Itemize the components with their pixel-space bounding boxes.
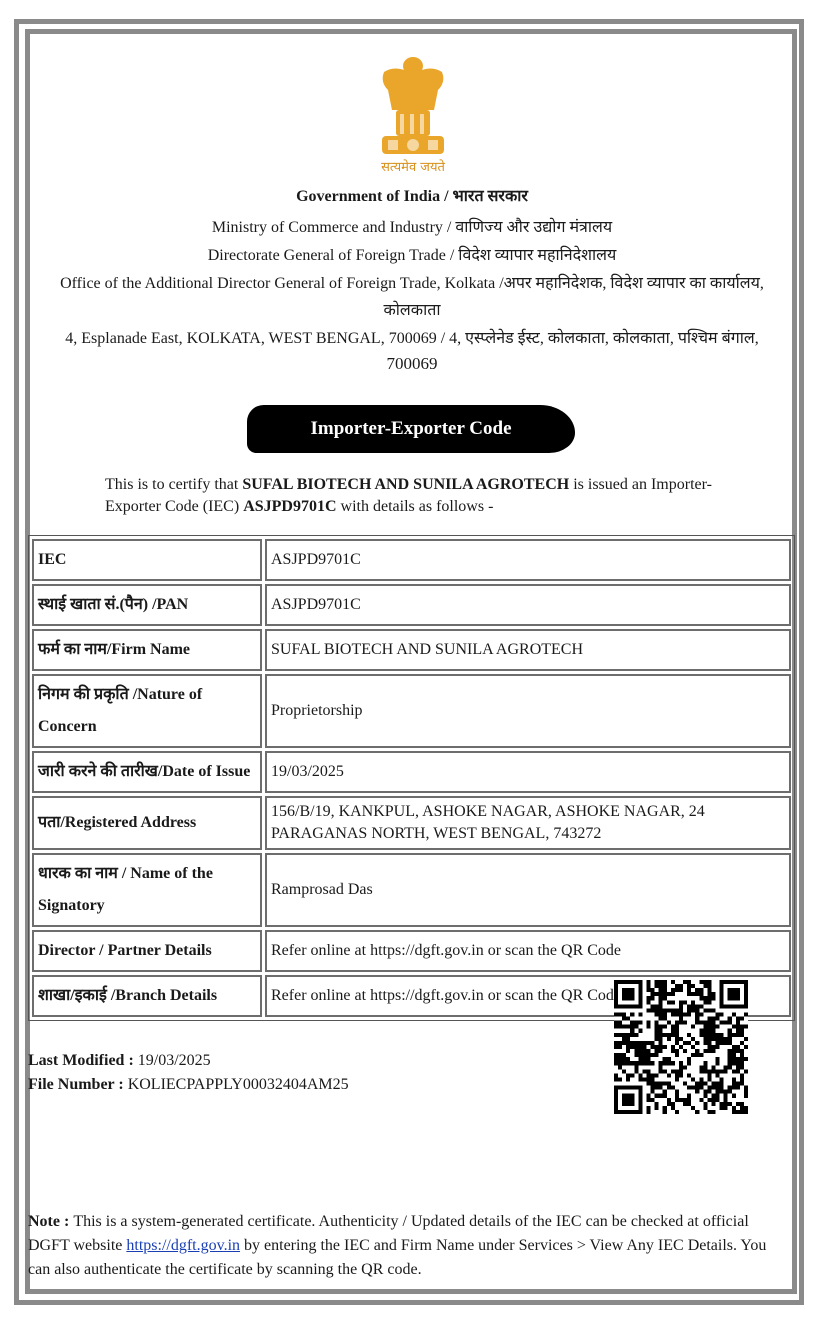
field-value: 156/B/19, KANKPUL, ASHOKE NAGAR, ASHOKE …: [265, 796, 791, 850]
field-label: स्थाई खाता सं.(पैन) /PAN: [32, 584, 262, 626]
last-modified: Last Modified : 19/03/2025: [28, 1049, 349, 1073]
field-value: SUFAL BIOTECH AND SUNILA AGROTECH: [265, 629, 791, 671]
field-label: धारक का नाम / Name of the Signatory: [32, 853, 262, 927]
file-number: File Number : KOLIECPAPPLY00032404AM25: [28, 1073, 349, 1097]
field-value: Refer online at https://dgft.gov.in or s…: [265, 930, 791, 972]
cert-prefix: This is to certify that: [105, 476, 242, 493]
table-row: स्थाई खाता सं.(पैन) /PANASJPD9701C: [32, 584, 791, 626]
details-table: IECASJPD9701Cस्थाई खाता सं.(पैन) /PANASJ…: [28, 535, 795, 1021]
cert-suffix: with details as follows -: [337, 498, 494, 515]
last-modified-value: 19/03/2025: [138, 1052, 211, 1069]
table-row: पता/Registered Address156/B/19, KANKPUL,…: [32, 796, 791, 850]
field-label: Director / Partner Details: [32, 930, 262, 972]
table-row: जारी करने की तारीख/Date of Issue19/03/20…: [32, 751, 791, 793]
note: Note : This is a system-generated certif…: [28, 1210, 783, 1282]
document-type-badge: Importer-Exporter Code: [247, 405, 575, 453]
record-meta: Last Modified : 19/03/2025 File Number :…: [28, 1049, 349, 1097]
field-value: Ramprosad Das: [265, 853, 791, 927]
field-label: पता/Registered Address: [32, 796, 262, 850]
table-row: IECASJPD9701C: [32, 539, 791, 581]
field-label: फर्म का नाम/Firm Name: [32, 629, 262, 671]
ministry-line: Ministry of Commerce and Industry / वाणि…: [30, 215, 794, 237]
dgft-website-link[interactable]: https://dgft.gov.in: [126, 1237, 240, 1254]
table-row: धारक का नाम / Name of the SignatoryRampr…: [32, 853, 791, 927]
office-pincode: 700069: [30, 354, 794, 374]
field-value: ASJPD9701C: [265, 584, 791, 626]
qr-code-icon[interactable]: [614, 980, 748, 1114]
office-address: 4, Esplanade East, KOLKATA, WEST BENGAL,…: [30, 326, 794, 348]
field-value: Proprietorship: [265, 674, 791, 748]
badge-label: Importer-Exporter Code: [310, 418, 511, 440]
table-row: फर्म का नाम/Firm NameSUFAL BIOTECH AND S…: [32, 629, 791, 671]
field-label: निगम की प्रकृति /Nature of Concern: [32, 674, 262, 748]
table-row: निगम की प्रकृति /Nature of ConcernPropri…: [32, 674, 791, 748]
note-label: Note :: [28, 1213, 73, 1230]
file-number-label: File Number :: [28, 1076, 128, 1093]
table-row: Director / Partner DetailsRefer online a…: [32, 930, 791, 972]
government-title: Government of India / भारत सरकार: [30, 184, 794, 206]
cert-iec: ASJPD9701C: [243, 498, 336, 515]
svg-text:सत्यमेव जयते: सत्यमेव जयते: [381, 159, 445, 174]
last-modified-label: Last Modified :: [28, 1052, 138, 1069]
office-line: Office of the Additional Director Genera…: [30, 271, 794, 293]
cert-firm-name: SUFAL BIOTECH AND SUNILA AGROTECH: [242, 476, 569, 493]
directorate-line: Directorate General of Foreign Trade / व…: [30, 243, 794, 265]
national-emblem-icon: सत्यमेव जयते: [370, 52, 456, 174]
office-line-city: कोलकाता: [30, 298, 794, 320]
field-value: 19/03/2025: [265, 751, 791, 793]
certification-statement: This is to certify that SUFAL BIOTECH AN…: [105, 474, 745, 518]
field-label: IEC: [32, 539, 262, 581]
file-number-value: KOLIECPAPPLY00032404AM25: [128, 1076, 349, 1093]
field-label: जारी करने की तारीख/Date of Issue: [32, 751, 262, 793]
field-label: शाखा/इकाई /Branch Details: [32, 975, 262, 1017]
field-value: ASJPD9701C: [265, 539, 791, 581]
